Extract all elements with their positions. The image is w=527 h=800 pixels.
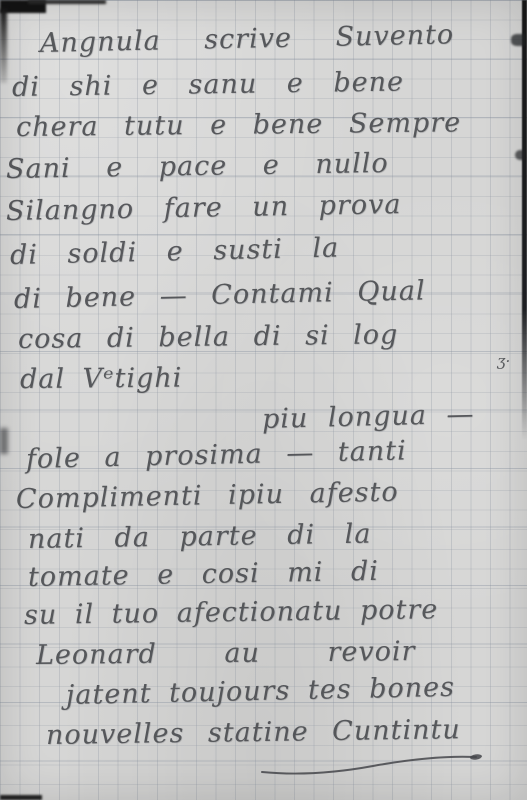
underline-flourish (258, 750, 488, 778)
handwritten-line: di soldi e susti la (10, 235, 340, 269)
handwritten-line: di shi e sanu e bene (12, 69, 404, 101)
handwritten-line: Angnula scrive Suvento (40, 21, 455, 57)
scan-edge-top-strip (28, 0, 106, 4)
handwritten-line: di bene — Contami Qual (14, 277, 426, 313)
scan-edge-left-smudge (0, 428, 8, 454)
handwritten-line: fole a prosima — tanti (26, 437, 407, 473)
ink-blot-right-upper (511, 34, 525, 46)
handwritten-line: cosa di bella di si log (18, 321, 399, 353)
scan-edge-right-strip (522, 0, 527, 440)
handwritten-line: tomate e cosi mi di (28, 558, 379, 591)
handwritten-line: nouvelles statine Cuntintu (46, 716, 461, 749)
handwritten-line: Sani e pace e nullo (6, 150, 389, 183)
handwritten-line: Silangno fare un prova (6, 191, 402, 225)
scan-edge-bottom-left (0, 795, 42, 800)
handwritten-line: Leonard au revoir (36, 638, 416, 669)
handwritten-line: dal Vᵉtighi (20, 365, 183, 393)
scan-edge-left-streak (0, 9, 7, 83)
handwritten-line: Complimenti ipiu afesto (16, 479, 399, 513)
ink-blot-right-mid (515, 150, 525, 160)
hyphenation-mark: ʒ· (497, 352, 510, 370)
handwritten-line: piu longua — (262, 401, 475, 433)
handwritten-line: su il tuo afectionatu potre (24, 596, 439, 629)
scanned-letter-page: Angnula scrive Suvento di shi e sanu e b… (0, 0, 527, 800)
scan-edge-top-left (0, 0, 46, 13)
handwritten-line: nati da parte di la (28, 521, 372, 553)
handwritten-line: chera tutu e bene Sempre (16, 109, 461, 141)
handwritten-line: jatent toujours tes bones (66, 674, 455, 709)
